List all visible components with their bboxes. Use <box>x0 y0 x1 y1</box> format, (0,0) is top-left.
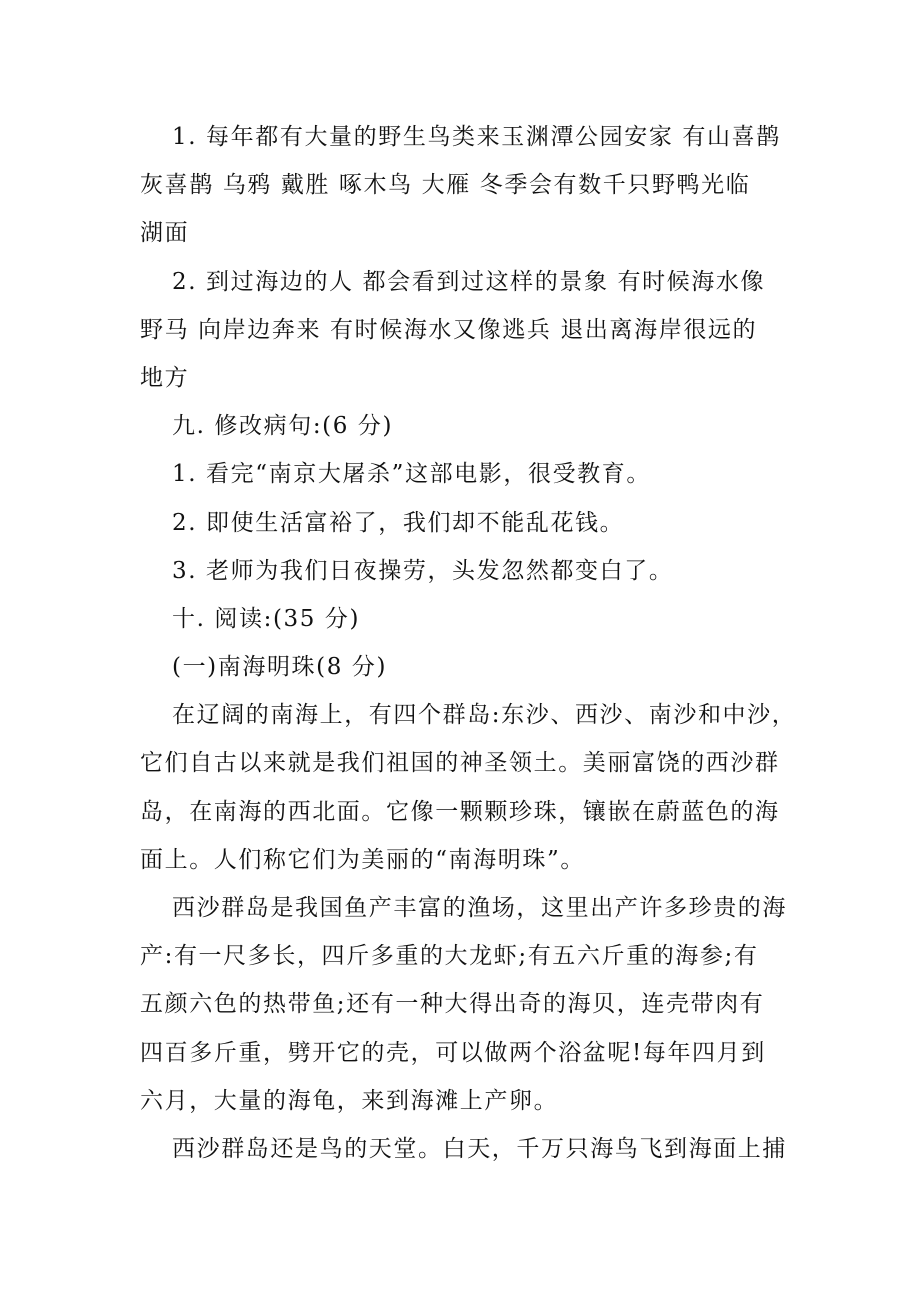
paragraph-line: 西沙群岛是我国鱼产丰富的渔场，这里出产许多珍贵的海 <box>140 884 790 932</box>
paragraph-line: 产:有一尺多长，四斤多重的大龙虾;有五六斤重的海参;有 <box>140 932 790 980</box>
section-heading: 九. 修改病句:(6 分) <box>140 402 790 450</box>
paragraph-line: 五颜六色的热带鱼;还有一种大得出奇的海贝，连壳带肉有 <box>140 980 790 1028</box>
item-line: 1. 每年都有大量的野生鸟类来玉渊潭公园安家 有山喜鹊 <box>140 113 790 161</box>
question-item: 2. 即使生活富裕了，我们却不能乱花钱。 <box>140 499 790 547</box>
paragraph-line: 西沙群岛还是鸟的天堂。白天，千万只海鸟飞到海面上捕 <box>140 1125 790 1173</box>
document-page: 1. 每年都有大量的野生鸟类来玉渊潭公园安家 有山喜鹊 灰喜鹊 乌鸦 戴胜 啄木… <box>140 113 790 1173</box>
passage-title: (一)南海明珠(8 分) <box>140 643 790 691</box>
item-line: 2. 到过海边的人 都会看到过这样的景象 有时候海水像 <box>140 258 790 306</box>
paragraph-line: 在辽阔的南海上，有四个群岛:东沙、西沙、南沙和中沙， <box>140 691 790 739</box>
item-line: 湖面 <box>140 209 790 257</box>
paragraph-line: 岛，在南海的西北面。它像一颗颗珍珠，镶嵌在蔚蓝色的海 <box>140 788 790 836</box>
paragraph-line: 四百多斤重，劈开它的壳，可以做两个浴盆呢!每年四月到 <box>140 1029 790 1077</box>
paragraph-line: 六月，大量的海龟，来到海滩上产卵。 <box>140 1077 790 1125</box>
section-heading: 十. 阅读:(35 分) <box>140 595 790 643</box>
question-item: 1. 看完“南京大屠杀”这部电影，很受教育。 <box>140 450 790 498</box>
item-line: 野马 向岸边奔来 有时候海水又像逃兵 退出离海岸很远的 <box>140 306 790 354</box>
item-line: 灰喜鹊 乌鸦 戴胜 啄木鸟 大雁 冬季会有数千只野鸭光临 <box>140 161 790 209</box>
question-item: 3. 老师为我们日夜操劳，头发忽然都变白了。 <box>140 547 790 595</box>
paragraph-line: 它们自古以来就是我们祖国的神圣领土。美丽富饶的西沙群 <box>140 739 790 787</box>
item-line: 地方 <box>140 354 790 402</box>
paragraph-line: 面上。人们称它们为美丽的“南海明珠”。 <box>140 836 790 884</box>
